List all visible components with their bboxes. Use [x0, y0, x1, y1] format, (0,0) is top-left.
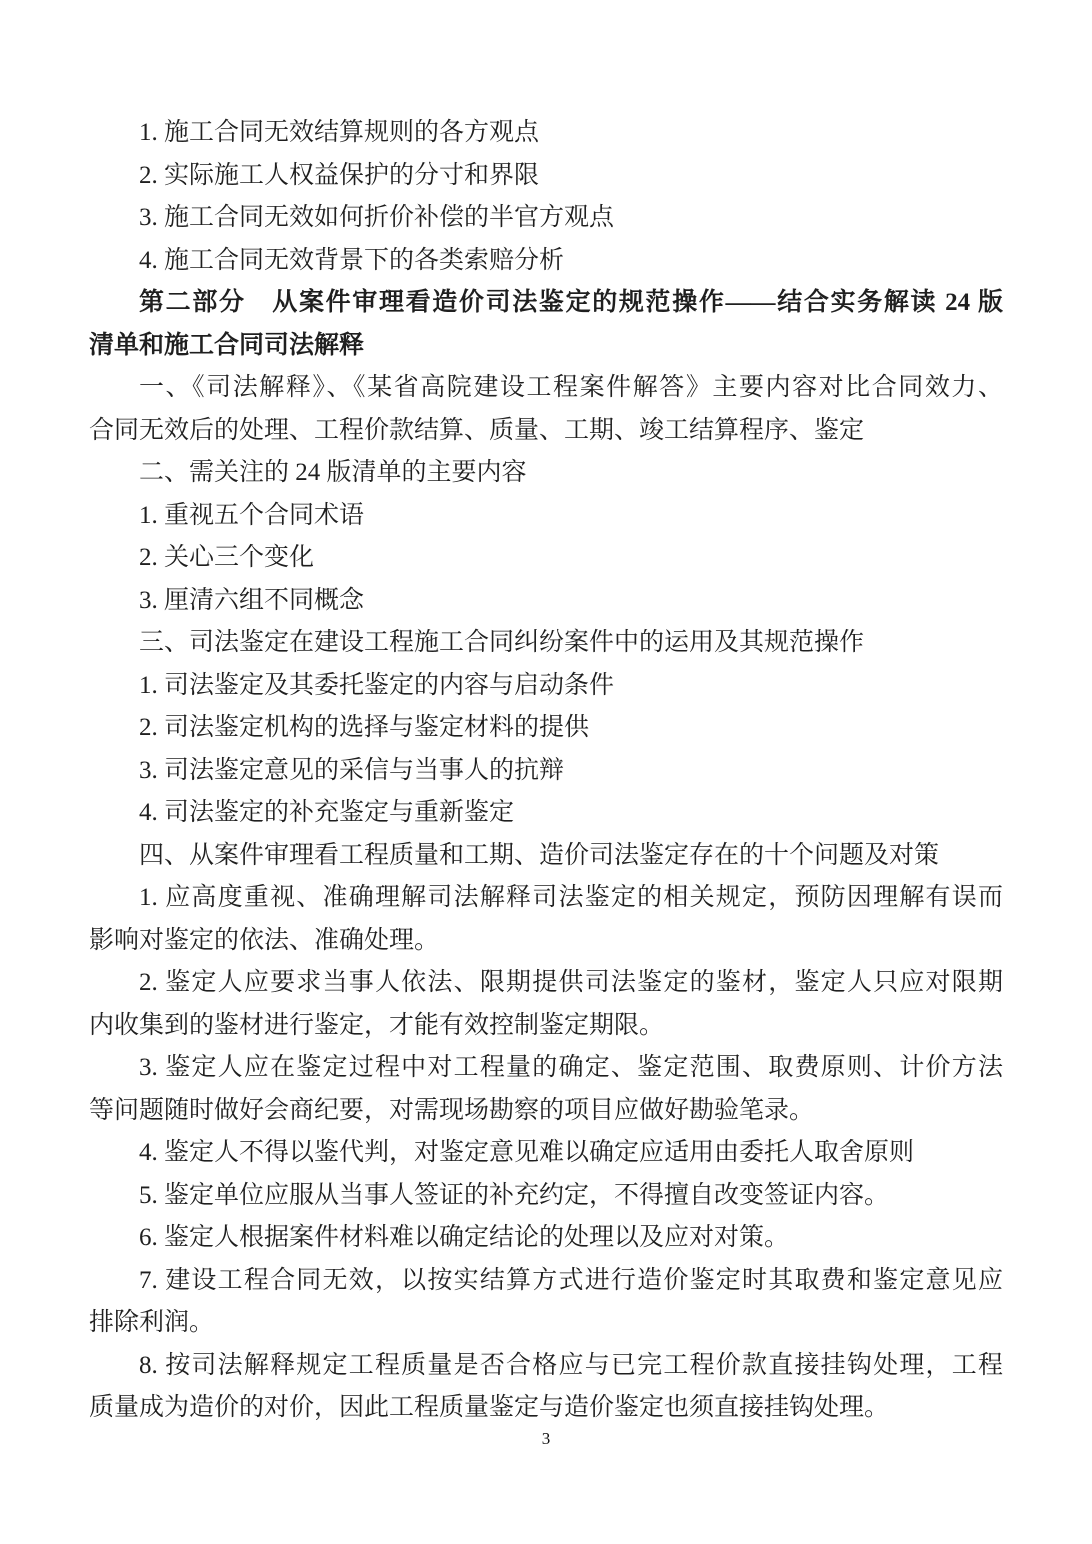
text-line: 1. 重视五个合同术语 — [89, 495, 1003, 538]
text-line: 2. 实际施工人权益保护的分寸和界限 — [89, 155, 1003, 198]
text-line: 4. 司法鉴定的补充鉴定与重新鉴定 — [89, 792, 1003, 835]
text-line: 影响对鉴定的依法、准确处理。 — [89, 920, 1003, 963]
text-line: 6. 鉴定人根据案件材料难以确定结论的处理以及应对对策。 — [89, 1217, 1003, 1260]
text-line: 1. 司法鉴定及其委托鉴定的内容与启动条件 — [89, 665, 1003, 708]
document-page: 1. 施工合同无效结算规则的各方观点2. 实际施工人权益保护的分寸和界限3. 施… — [0, 0, 1092, 1544]
text-line: 3. 施工合同无效如何折价补偿的半官方观点 — [89, 197, 1003, 240]
text-line: 1. 应高度重视、准确理解司法解释司法鉴定的相关规定，预防因理解有误而 — [89, 877, 1003, 920]
text-line: 2. 鉴定人应要求当事人依法、限期提供司法鉴定的鉴材，鉴定人只应对限期 — [89, 962, 1003, 1005]
text-line: 二、需关注的 24 版清单的主要内容 — [89, 452, 1003, 495]
text-line: 7. 建设工程合同无效，以按实结算方式进行造价鉴定时其取费和鉴定意见应 — [89, 1260, 1003, 1303]
text-line: 4. 施工合同无效背景下的各类索赔分析 — [89, 240, 1003, 283]
text-line: 1. 施工合同无效结算规则的各方观点 — [89, 112, 1003, 155]
text-line: 3. 司法鉴定意见的采信与当事人的抗辩 — [89, 750, 1003, 793]
document-body: 1. 施工合同无效结算规则的各方观点2. 实际施工人权益保护的分寸和界限3. 施… — [89, 112, 1003, 1430]
text-line: 内收集到的鉴材进行鉴定，才能有效控制鉴定期限。 — [89, 1005, 1003, 1048]
page-footer: 3 — [0, 1428, 1092, 1450]
text-line: 2. 关心三个变化 — [89, 537, 1003, 580]
text-line: 清单和施工合同司法解释 — [89, 325, 1003, 368]
page-number: 3 — [542, 1429, 551, 1448]
text-line: 三、司法鉴定在建设工程施工合同纠纷案件中的运用及其规范操作 — [89, 622, 1003, 665]
text-line: 一、《司法解释》、《某省高院建设工程案件解答》主要内容对比合同效力、 — [89, 367, 1003, 410]
text-line: 第二部分 从案件审理看造价司法鉴定的规范操作——结合实务解读 24 版 — [89, 282, 1003, 325]
text-line: 5. 鉴定单位应服从当事人签证的补充约定，不得擅自改变签证内容。 — [89, 1175, 1003, 1218]
text-line: 排除利润。 — [89, 1302, 1003, 1345]
text-line: 8. 按司法解释规定工程质量是否合格应与已完工程价款直接挂钩处理，工程 — [89, 1345, 1003, 1388]
text-line: 四、从案件审理看工程质量和工期、造价司法鉴定存在的十个问题及对策 — [89, 835, 1003, 878]
text-line: 3. 厘清六组不同概念 — [89, 580, 1003, 623]
text-line: 2. 司法鉴定机构的选择与鉴定材料的提供 — [89, 707, 1003, 750]
text-line: 等问题随时做好会商纪要，对需现场勘察的项目应做好勘验笔录。 — [89, 1090, 1003, 1133]
text-line: 合同无效后的处理、工程价款结算、质量、工期、竣工结算程序、鉴定 — [89, 410, 1003, 453]
text-line: 质量成为造价的对价，因此工程质量鉴定与造价鉴定也须直接挂钩处理。 — [89, 1387, 1003, 1430]
text-line: 4. 鉴定人不得以鉴代判，对鉴定意见难以确定应适用由委托人取舍原则 — [89, 1132, 1003, 1175]
text-line: 3. 鉴定人应在鉴定过程中对工程量的确定、鉴定范围、取费原则、计价方法 — [89, 1047, 1003, 1090]
